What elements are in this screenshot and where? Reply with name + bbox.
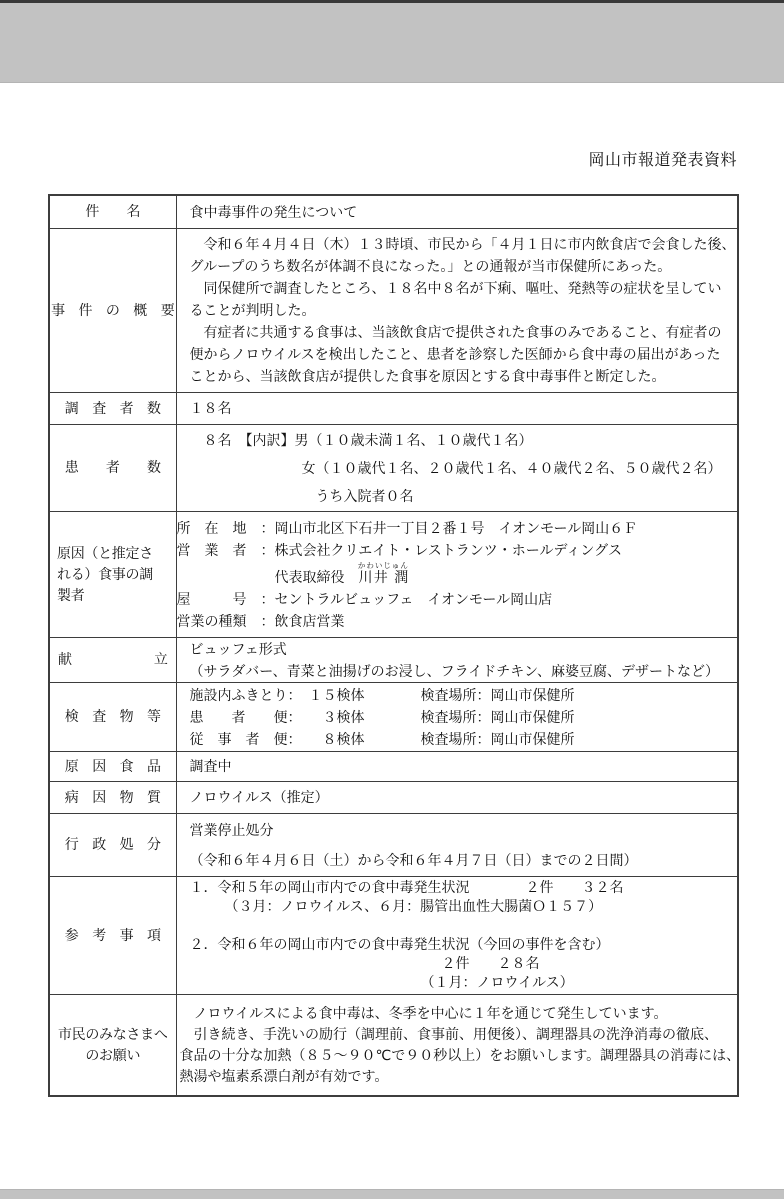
row-food-preparer-cell: 所 在 地 ：岡山市北区下石井一丁目２番１号 イオンモール岡山６Ｆ 営 業 者 … <box>176 511 738 637</box>
row-incident-overview-cell: 令和６年４月４日（木）１３時頃、市民から「４月１日に市内飲食店で会食した後、 グ… <box>176 228 738 392</box>
row-patient-count: 患 者 数 ８名 【内訳】男（１０歳未満１名、１０歳代１名） 女（１０歳代１名、… <box>49 424 738 511</box>
row-menu-header: 献 立 <box>49 637 176 682</box>
row-specimens: 検 査 物 等 施設内ふきとり： １５検体 検査場所：岡山市保健所 患 者 便：… <box>49 682 738 751</box>
row-administrative-action: 行 政 処 分 営業停止処分 （令和６年４月６日（土）から令和６年４月７日（日）… <box>49 813 738 876</box>
row-administrative-action-content: 営業停止処分 （令和６年４月６日（土）から令和６年４月７日（日）までの２日間） <box>177 815 738 875</box>
document-source-label: 岡山市報道発表資料 <box>0 83 784 169</box>
row-citizens-request-header: 市民のみなさまへ のお願い <box>49 994 176 1096</box>
preparer-operator-line: 営 業 者 ：株式会社クリエイト・レストランツ・ホールディングス <box>177 539 738 561</box>
row-subject-cell: 食中毒事件の発生について <box>176 195 738 228</box>
row-citizens-request: 市民のみなさまへ のお願い ノロウイルスによる食中毒は、冬季を中心に１年を通じて… <box>49 994 738 1096</box>
row-reference-notes-content: １．令和５年の岡山市内での食中毒発生状況 ２件 ３２名 （３月：ノロウイルス、６… <box>177 878 738 992</box>
incident-report-table: 件 名 食中毒事件の発生について 事 件 の 概 要 令和６年４月４日（木）１３… <box>48 194 739 1097</box>
row-specimens-label: 検 査 物 等 <box>50 706 176 727</box>
preparer-business-type-line: 営業の種類 ：飲食店営業 <box>177 610 738 632</box>
row-food-preparer-label: 原因（と推定さ れる）食事の調 製者 <box>50 543 176 606</box>
row-investigated-count-header: 調 査 者 数 <box>49 392 176 424</box>
viewer-margin-bottom <box>0 1189 784 1199</box>
row-investigated-count-label: 調 査 者 数 <box>50 398 176 419</box>
preparer-representative-line: 代表取締役 川井 潤かわいじゅん <box>177 561 738 588</box>
row-citizens-request-content: ノロウイルスによる食中毒は、冬季を中心に１年を通じて発生しています。 引き続き、… <box>177 1003 738 1087</box>
row-incident-overview-content: 令和６年４月４日（木）１３時頃、市民から「４月１日に市内飲食店で会食した後、 グ… <box>177 233 738 387</box>
row-citizens-request-label: 市民のみなさまへ のお願い <box>50 1024 176 1066</box>
preparer-shop-name-line: 屋 号 ：セントラルビュッフェ イオンモール岡山店 <box>177 588 738 610</box>
row-causative-agent: 病 因 物 質 ノロウイルス（推定） <box>49 781 738 813</box>
row-causative-agent-cell: ノロウイルス（推定） <box>176 781 738 813</box>
row-causative-food-label: 原 因 食 品 <box>50 756 176 777</box>
row-patient-count-content: ８名 【内訳】男（１０歳未満１名、１０歳代１名） 女（１０歳代１名、２０歳代１名… <box>177 426 738 510</box>
row-subject-content: 食中毒事件の発生について <box>177 201 738 223</box>
row-administrative-action-header: 行 政 処 分 <box>49 813 176 876</box>
row-causative-food-header: 原 因 食 品 <box>49 751 176 781</box>
row-causative-agent-label: 病 因 物 質 <box>50 787 176 808</box>
row-food-preparer: 原因（と推定さ れる）食事の調 製者 所 在 地 ：岡山市北区下石井一丁目２番１… <box>49 511 738 637</box>
row-causative-food-content: 調査中 <box>177 755 738 777</box>
row-causative-food: 原 因 食 品 調査中 <box>49 751 738 781</box>
row-causative-food-cell: 調査中 <box>176 751 738 781</box>
row-incident-overview-label: 事 件 の 概 要 <box>50 300 176 321</box>
row-reference-notes: 参 考 事 項 １．令和５年の岡山市内での食中毒発生状況 ２件 ３２名 （３月：… <box>49 876 738 994</box>
row-administrative-action-cell: 営業停止処分 （令和６年４月６日（土）から令和６年４月７日（日）までの２日間） <box>176 813 738 876</box>
row-subject: 件 名 食中毒事件の発生について <box>49 195 738 228</box>
viewer-margin-top <box>0 3 784 83</box>
representative-name: 川井 潤 <box>358 569 409 585</box>
row-specimens-header: 検 査 物 等 <box>49 682 176 751</box>
row-causative-agent-header: 病 因 物 質 <box>49 781 176 813</box>
row-reference-notes-label: 参 考 事 項 <box>50 925 176 946</box>
row-administrative-action-label: 行 政 処 分 <box>50 834 176 855</box>
row-menu-label: 献 立 <box>50 649 176 670</box>
row-incident-overview-header: 事 件 の 概 要 <box>49 228 176 392</box>
row-menu-content: ビュッフェ形式 （サラダバー、青菜と油揚げのお浸し、フライドチキン、麻婆豆腐、デ… <box>177 638 738 682</box>
representative-title: 代表取締役 <box>177 569 359 585</box>
row-incident-overview: 事 件 の 概 要 令和６年４月４日（木）１３時頃、市民から「４月１日に市内飲食… <box>49 228 738 392</box>
row-patient-count-cell: ８名 【内訳】男（１０歳未満１名、１０歳代１名） 女（１０歳代１名、２０歳代１名… <box>176 424 738 511</box>
row-patient-count-header: 患 者 数 <box>49 424 176 511</box>
representative-furigana: かわいじゅん <box>358 561 409 570</box>
row-specimens-cell: 施設内ふきとり： １５検体 検査場所：岡山市保健所 患 者 便： ３検体 検査場… <box>176 682 738 751</box>
row-specimens-content: 施設内ふきとり： １５検体 検査場所：岡山市保健所 患 者 便： ３検体 検査場… <box>177 684 738 750</box>
row-subject-header: 件 名 <box>49 195 176 228</box>
row-reference-notes-header: 参 考 事 項 <box>49 876 176 994</box>
row-investigated-count-content: １８名 <box>177 397 738 419</box>
row-investigated-count-cell: １８名 <box>176 392 738 424</box>
row-reference-notes-cell: １．令和５年の岡山市内での食中毒発生状況 ２件 ３２名 （３月：ノロウイルス、６… <box>176 876 738 994</box>
row-investigated-count: 調 査 者 数 １８名 <box>49 392 738 424</box>
row-menu: 献 立 ビュッフェ形式 （サラダバー、青菜と油揚げのお浸し、フライドチキン、麻婆… <box>49 637 738 682</box>
press-release-page: 岡山市報道発表資料 件 名 食中毒事件の発生について 事 件 の 概 要 令和６… <box>0 83 784 1189</box>
row-patient-count-label: 患 者 数 <box>50 457 176 478</box>
row-subject-label: 件 名 <box>50 201 176 222</box>
row-menu-cell: ビュッフェ形式 （サラダバー、青菜と油揚げのお浸し、フライドチキン、麻婆豆腐、デ… <box>176 637 738 682</box>
representative-name-ruby: 川井 潤かわいじゅん <box>359 569 409 585</box>
row-food-preparer-header: 原因（と推定さ れる）食事の調 製者 <box>49 511 176 637</box>
preparer-address-line: 所 在 地 ：岡山市北区下石井一丁目２番１号 イオンモール岡山６Ｆ <box>177 517 738 539</box>
row-citizens-request-cell: ノロウイルスによる食中毒は、冬季を中心に１年を通じて発生しています。 引き続き、… <box>176 994 738 1096</box>
row-causative-agent-content: ノロウイルス（推定） <box>177 786 738 808</box>
